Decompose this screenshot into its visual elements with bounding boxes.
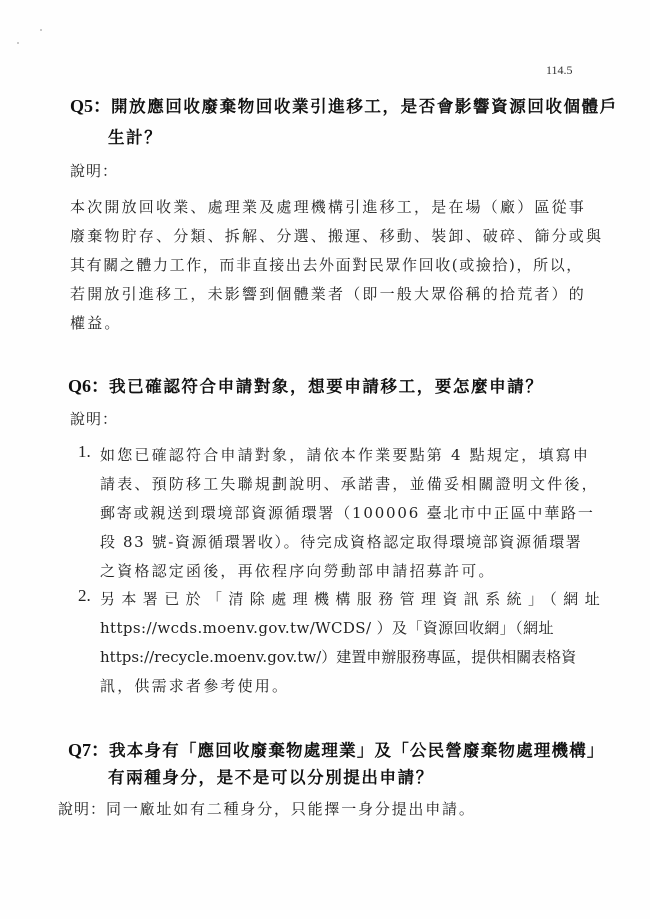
q5-label: 說明： <box>70 160 118 181</box>
q6-title: 我已確認符合申請對象，想要申請移工，要怎麼申請？ <box>109 377 543 396</box>
q6-item-1-line: 郵寄或親送到環境部資源循環署（100006 臺北市中正區中華路一 <box>100 502 595 523</box>
q7-title-line2: 有兩種身分，是不是可以分別提出申請？ <box>108 764 434 788</box>
scan-speck <box>17 42 19 44</box>
q7-label-text: 說明： <box>58 800 106 818</box>
q6-item-1-line: 請表、預防移工失聯規劃說明、承諾書，並備妥相關證明文件後， <box>100 473 599 494</box>
q5-heading: Q5：開放應回收廢棄物回收業引進移工，是否會影響資源回收個體戶 <box>70 92 618 118</box>
q6-number: Q6： <box>68 376 109 396</box>
q6-label: 說明： <box>70 408 118 429</box>
q6-item-1-line: 如您已確認符合申請對象，請依本作業要點第 4 點規定，填寫申 <box>100 444 590 465</box>
q6-item-1-line: 段 83 號-資源循環署收）。待完成資格認定取得環境部資源循環署 <box>100 531 582 552</box>
q5-body-line: 權益。 <box>70 312 122 333</box>
q6-item-2-line: https://recycle.moenv.gov.tw/）建置申辦服務專區，提… <box>100 646 576 667</box>
q6-item-2-line: 訊，供需求者參考使用。 <box>100 675 289 696</box>
q7-heading: Q7：我本身有「應回收廢棄物處理業」及「公民營廢棄物處理機構」 <box>68 736 605 762</box>
q6-item-2-line: https://wcds.moenv.gov.tw/WCDS/ ）及「資源回收網… <box>100 617 554 638</box>
q5-body-line: 廢棄物貯存、分類、拆解、分選、搬運、移動、裝卸、破碎、篩分或與 <box>70 225 603 246</box>
q6-item-2-number: 2. <box>78 586 91 606</box>
q5-body-line: 其有關之體力工作，而非直接出去外面對民眾作回收(或撿拾)，所以， <box>70 254 583 275</box>
q6-heading: Q6：我已確認符合申請對象，想要申請移工，要怎麼申請？ <box>68 372 543 398</box>
q5-body-line: 本次開放回收業、處理業及處理機構引進移工，是在場（廠）區從事 <box>70 196 586 217</box>
q6-item-1-number: 1. <box>78 442 91 462</box>
q7-label: 說明：同一廠址如有二種身分，只能擇一身分提出申請。 <box>58 798 476 819</box>
q7-title-line1: 我本身有「應回收廢棄物處理業」及「公民營廢棄物處理機構」 <box>109 741 605 760</box>
q5-body-line: 若開放引進移工，未影響到個體業者（即一般大眾俗稱的拾荒者）的 <box>70 283 586 304</box>
q7-number: Q7： <box>68 740 109 760</box>
q5-title-line2: 生計？ <box>108 124 162 148</box>
q5-title-line1: 開放應回收廢棄物回收業引進移工，是否會影響資源回收個體戶 <box>111 97 618 116</box>
scan-speck <box>40 29 42 31</box>
q7-answer: 同一廠址如有二種身分，只能擇一身分提出申請。 <box>106 800 476 818</box>
document-page: 114.5 Q5：開放應回收廢棄物回收業引進移工，是否會影響資源回收個體戶 生計… <box>0 0 650 919</box>
q6-item-1-line: 之資格認定函後，再依程序向勞動部申請招募許可。 <box>100 560 496 581</box>
q6-item-2-line: 另本署已於「清除處理機構服務管理資訊系統」（網址 <box>100 588 606 609</box>
page-number: 114.5 <box>546 63 573 78</box>
q5-number: Q5： <box>70 96 111 116</box>
